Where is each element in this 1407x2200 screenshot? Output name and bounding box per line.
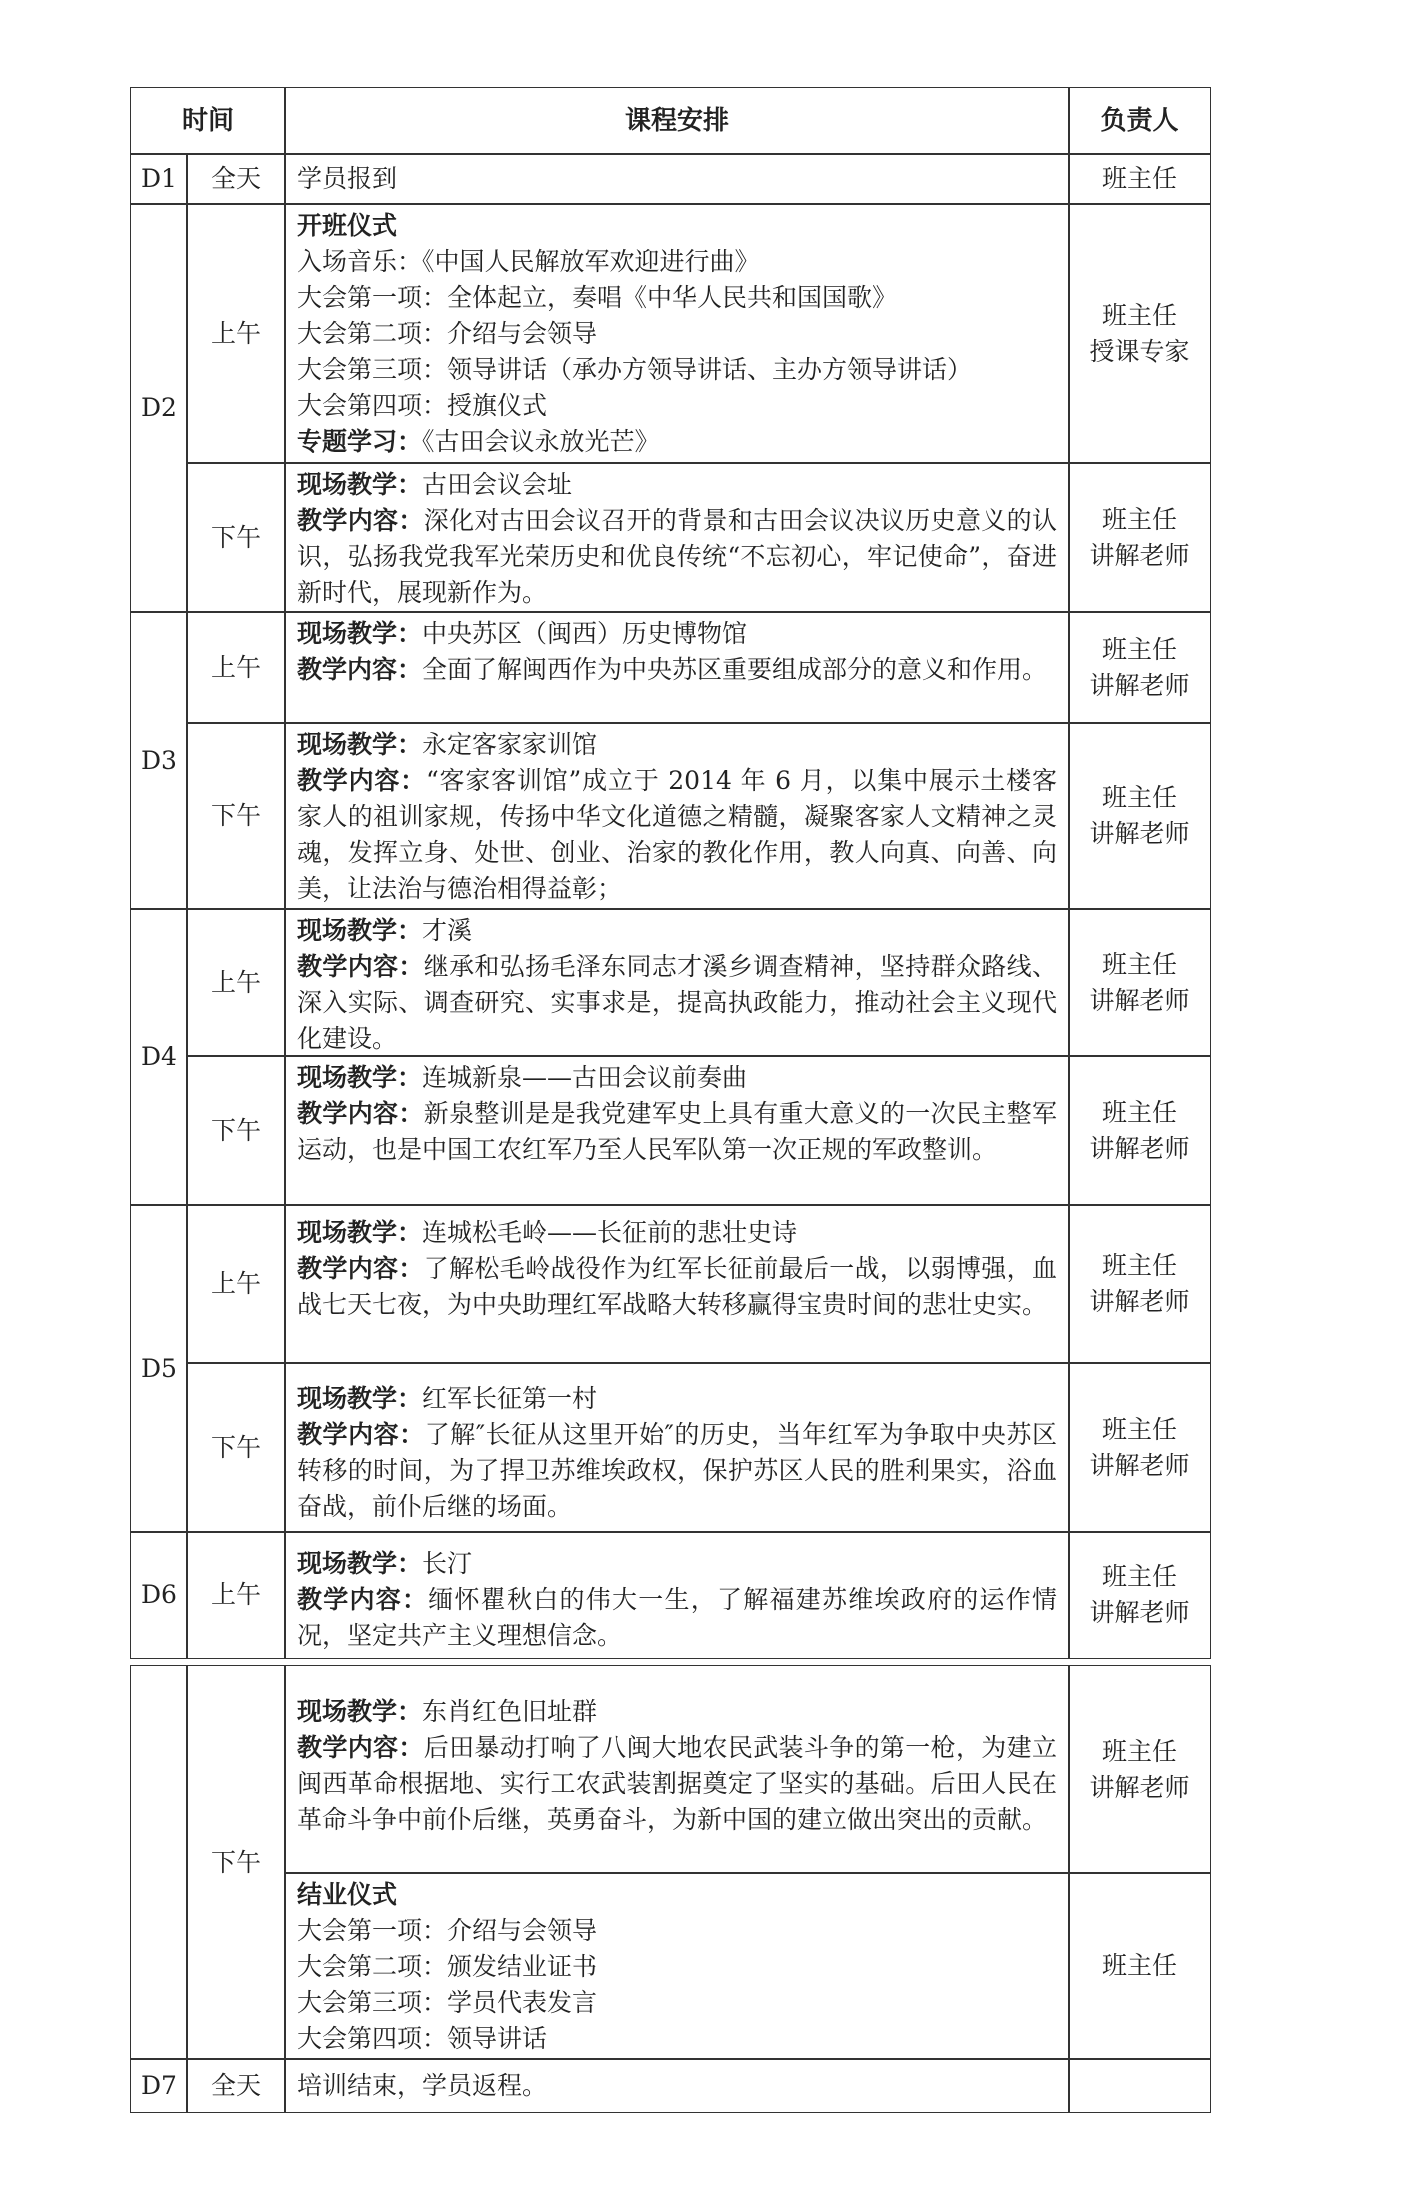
- agenda-line: 入场音乐：《中国人民解放军欢迎进行曲》: [297, 244, 1057, 280]
- day-d5: D5: [130, 1204, 188, 1533]
- owner-label: 讲解老师: [1089, 1770, 1189, 1806]
- site-text: 长汀: [422, 1549, 472, 1578]
- header-time: 时间: [130, 87, 286, 155]
- site-label: 现场教学：: [297, 730, 422, 759]
- site-label: 现场教学：: [297, 1063, 422, 1092]
- study-label: 专题学习：: [297, 427, 422, 456]
- content-label: 教学内容：: [297, 1420, 425, 1449]
- period-d2-am: 上午: [186, 203, 286, 464]
- site-label: 现场教学：: [297, 1697, 422, 1726]
- period-label: 上午: [211, 1266, 261, 1302]
- schedule-d7-closing: 结业仪式 大会第一项：介绍与会领导 大会第二项：颁发结业证书 大会第三项：学员代…: [284, 1872, 1070, 2060]
- content-label: 教学内容：: [297, 1585, 428, 1614]
- day-d7-blank: [130, 1665, 188, 2060]
- content-label: 教学内容：: [297, 1254, 424, 1283]
- period-d3-pm: 下午: [186, 722, 286, 910]
- agenda-line: 大会第一项：介绍与会领导: [297, 1913, 1057, 1949]
- period-label: 下午: [211, 1845, 261, 1881]
- owner-label: 班主任: [1089, 1095, 1189, 1131]
- ceremony-title: 结业仪式: [297, 1877, 1057, 1913]
- period-label: 上午: [211, 316, 261, 352]
- site-text: 连城新泉——古田会议前奏曲: [422, 1063, 747, 1092]
- owner-label: 班主任: [1089, 1248, 1189, 1284]
- schedule-d7-full: 培训结束，学员返程。: [284, 2058, 1070, 2113]
- site-label: 现场教学：: [297, 1218, 422, 1247]
- owner-d2-am: 班主任授课专家: [1068, 203, 1211, 464]
- header-schedule: 课程安排: [284, 87, 1070, 155]
- period-d3-am: 上午: [186, 611, 286, 724]
- owner-label: 班主任: [1089, 632, 1189, 668]
- owner-d7-full: [1068, 2058, 1211, 2113]
- site-label: 现场教学：: [297, 470, 422, 499]
- day-label: D3: [141, 743, 177, 779]
- period-label: 上午: [211, 650, 261, 686]
- period-label: 下午: [211, 1113, 261, 1149]
- site-label: 现场教学：: [297, 1549, 422, 1578]
- day-d3: D3: [130, 611, 188, 910]
- period-d5-pm: 下午: [186, 1362, 286, 1533]
- owner-label: 讲解老师: [1089, 816, 1189, 852]
- schedule-d5-am: 现场教学：连城松毛岭——长征前的悲壮史诗 教学内容：了解松毛岭战役作为红军长征前…: [284, 1204, 1070, 1364]
- site-text: 才溪: [422, 916, 472, 945]
- schedule-d4-pm: 现场教学：连城新泉——古田会议前奏曲 教学内容：新泉整训是是我党建军史上具有重大…: [284, 1055, 1070, 1206]
- period-d2-pm: 下午: [186, 462, 286, 613]
- owner-label: 讲解老师: [1089, 1595, 1189, 1631]
- day-d6: D6: [130, 1531, 188, 1659]
- agenda-line: 大会第四项：领导讲话: [297, 2021, 1057, 2057]
- owner-label: 班主任: [1089, 1559, 1189, 1595]
- period-d4-pm: 下午: [186, 1055, 286, 1206]
- period-d6-am: 上午: [186, 1531, 286, 1659]
- period-label: 下午: [211, 520, 261, 556]
- header-owner: 负责人: [1068, 87, 1211, 155]
- schedule-text: 培训结束，学员返程。: [297, 2068, 547, 2104]
- content-label: 教学内容：: [297, 655, 422, 684]
- period-d7-full: 全天: [186, 2058, 286, 2113]
- owner-label: 班主任: [1102, 1948, 1177, 1984]
- site-text: 东肖红色旧址群: [422, 1697, 597, 1726]
- owner-label: 讲解老师: [1089, 983, 1189, 1019]
- day-label: D4: [141, 1039, 177, 1075]
- owner-label: 班主任: [1089, 298, 1189, 334]
- content-label: 教学内容：: [297, 952, 424, 981]
- content-label: 教学内容：: [297, 766, 426, 795]
- schedule-d4-am: 现场教学：才溪 教学内容：继承和弘扬毛泽东同志才溪乡调查精神，坚持群众路线、深入…: [284, 908, 1070, 1057]
- content-text: 全面了解闽西作为中央苏区重要组成部分的意义和作用。: [422, 655, 1047, 684]
- owner-label: 班主任: [1089, 502, 1189, 538]
- schedule-d2-am: 开班仪式 入场音乐：《中国人民解放军欢迎进行曲》 大会第一项：全体起立，奏唱《中…: [284, 203, 1070, 464]
- site-label: 现场教学：: [297, 1384, 422, 1413]
- site-label: 现场教学：: [297, 916, 422, 945]
- owner-label: 讲解老师: [1089, 1448, 1189, 1484]
- owner-d7-closing: 班主任: [1068, 1872, 1211, 2060]
- schedule-d1: 学员报到: [284, 153, 1070, 205]
- owner-label: 讲解老师: [1089, 538, 1189, 574]
- owner-d3-pm: 班主任讲解老师: [1068, 722, 1211, 910]
- owner-label: 讲解老师: [1089, 668, 1189, 704]
- owner-label: 班主任: [1089, 947, 1189, 983]
- owner-label: 班主任: [1089, 1412, 1189, 1448]
- day-d1: D1: [130, 153, 188, 205]
- header-owner-label: 负责人: [1100, 103, 1178, 139]
- owner-d6-am: 班主任讲解老师: [1068, 1531, 1211, 1659]
- site-text: 连城松毛岭——长征前的悲壮史诗: [422, 1218, 797, 1247]
- agenda-line: 大会第四项：授旗仪式: [297, 388, 1057, 424]
- site-label: 现场教学：: [297, 619, 422, 648]
- day-label: D1: [141, 161, 177, 197]
- agenda-line: 大会第三项：领导讲话（承办方领导讲话、主办方领导讲话）: [297, 352, 1057, 388]
- agenda-line: 大会第二项：介绍与会领导: [297, 316, 1057, 352]
- site-text: 红军长征第一村: [422, 1384, 597, 1413]
- day-label: D7: [141, 2068, 177, 2104]
- owner-d2-pm: 班主任讲解老师: [1068, 462, 1211, 613]
- day-d4: D4: [130, 908, 188, 1206]
- owner-d5-pm: 班主任讲解老师: [1068, 1362, 1211, 1533]
- owner-label: 班主任: [1102, 161, 1177, 197]
- owner-label: 授课专家: [1089, 334, 1189, 370]
- day-label: D5: [141, 1351, 177, 1387]
- header-schedule-label: 课程安排: [625, 103, 729, 139]
- period-label: 上午: [211, 1577, 261, 1613]
- day-d2: D2: [130, 203, 188, 613]
- study-text: 《古田会议永放光芒》: [422, 427, 660, 456]
- owner-label: 班主任: [1089, 1734, 1189, 1770]
- header-time-label: 时间: [182, 103, 234, 139]
- agenda-line: 大会第二项：颁发结业证书: [297, 1949, 1057, 1985]
- day-d7: D7: [130, 2058, 188, 2113]
- site-text: 古田会议会址: [422, 470, 572, 499]
- owner-d4-pm: 班主任讲解老师: [1068, 1055, 1211, 1206]
- schedule-d6-am: 现场教学：长汀 教学内容：缅怀瞿秋白的伟大一生，了解福建苏维埃政府的运作情况，坚…: [284, 1531, 1070, 1659]
- period-label: 上午: [211, 965, 261, 1001]
- owner-label: 讲解老师: [1089, 1284, 1189, 1320]
- period-label: 全天: [211, 161, 261, 197]
- period-d4-am: 上午: [186, 908, 286, 1057]
- schedule-d7-pm: 现场教学：东肖红色旧址群 教学内容：后田暴动打响了八闽大地农民武装斗争的第一枪，…: [284, 1665, 1070, 1874]
- period-label: 全天: [211, 2068, 261, 2104]
- period-label: 下午: [211, 798, 261, 834]
- day-label: D6: [141, 1577, 177, 1613]
- agenda-line: 大会第一项：全体起立，奏唱《中华人民共和国国歌》: [297, 280, 1057, 316]
- period-d5-am: 上午: [186, 1204, 286, 1364]
- ceremony-title: 开班仪式: [297, 208, 1057, 244]
- schedule-d2-pm: 现场教学：古田会议会址 教学内容：深化对古田会议召开的背景和古田会议决议历史意义…: [284, 462, 1070, 613]
- content-label: 教学内容：: [297, 1733, 424, 1762]
- owner-d4-am: 班主任讲解老师: [1068, 908, 1211, 1057]
- period-d1: 全天: [186, 153, 286, 205]
- owner-d3-am: 班主任讲解老师: [1068, 611, 1211, 724]
- schedule-d3-am: 现场教学：中央苏区（闽西）历史博物馆 教学内容：全面了解闽西作为中央苏区重要组成…: [284, 611, 1070, 724]
- schedule-d3-pm: 现场教学：永定客家家训馆 教学内容：“客家客训馆”成立于 2014 年 6 月，…: [284, 722, 1070, 910]
- schedule-d5-pm: 现场教学：红军长征第一村 教学内容：了解″长征从这里开始″的历史，当年红军为争取…: [284, 1362, 1070, 1533]
- owner-label: 班主任: [1089, 780, 1189, 816]
- owner-d1: 班主任: [1068, 153, 1211, 205]
- site-text: 中央苏区（闽西）历史博物馆: [422, 619, 747, 648]
- schedule-text: 学员报到: [297, 161, 397, 197]
- owner-label: 讲解老师: [1089, 1131, 1189, 1167]
- day-label: D2: [141, 390, 177, 426]
- period-d7-pm: 下午: [186, 1665, 286, 2060]
- content-label: 教学内容：: [297, 1099, 424, 1128]
- period-label: 下午: [211, 1430, 261, 1466]
- owner-d5-am: 班主任讲解老师: [1068, 1204, 1211, 1364]
- content-label: 教学内容：: [297, 506, 424, 535]
- agenda-line: 大会第三项：学员代表发言: [297, 1985, 1057, 2021]
- owner-d7-pm: 班主任讲解老师: [1068, 1665, 1211, 1874]
- site-text: 永定客家家训馆: [422, 730, 597, 759]
